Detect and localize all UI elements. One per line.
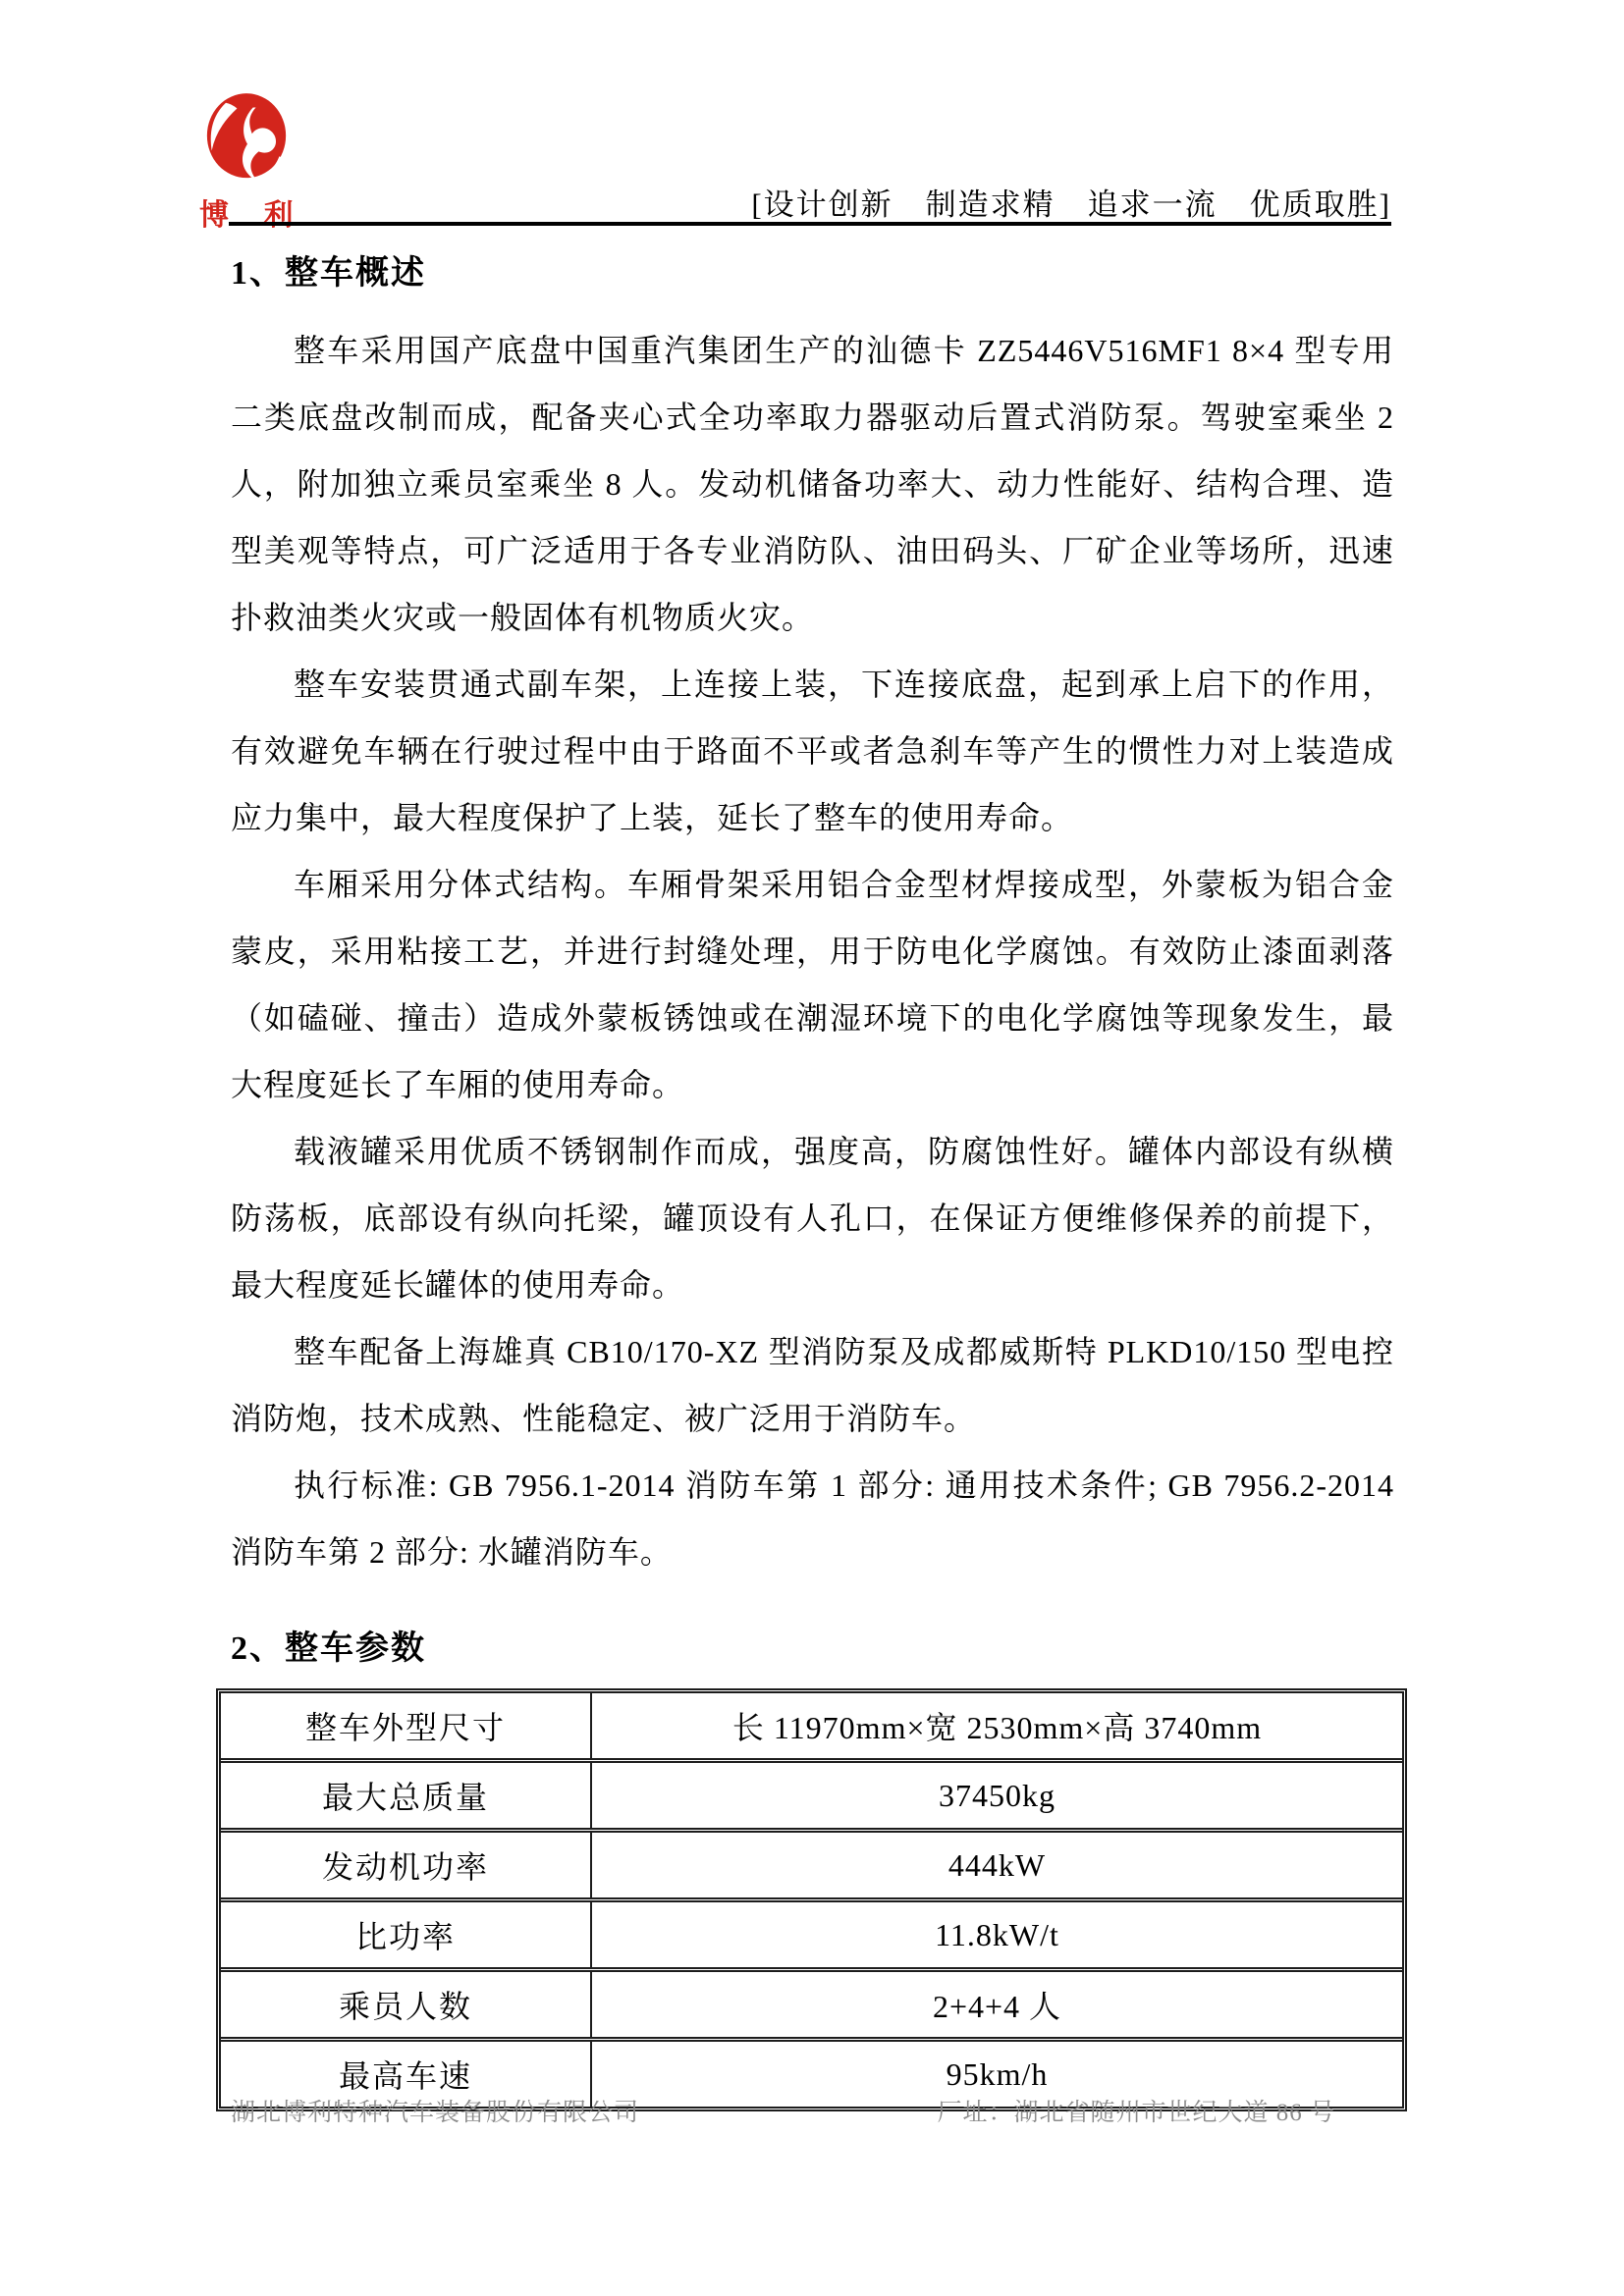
- table-row: 乘员人数 2+4+4 人: [221, 1967, 1402, 2037]
- company-logo: 博 利: [199, 90, 317, 234]
- header-divider: [229, 222, 1391, 226]
- section-1-heading: 1、整车概述: [231, 245, 1394, 294]
- row-value: 37450kg: [592, 1763, 1402, 1828]
- row-value: 444kW: [592, 1833, 1402, 1897]
- paragraph: 整车安装贯通式副车架，上连接上装，下连接底盘，起到承上启下的作用，有效避免车辆在…: [231, 651, 1394, 851]
- row-label: 乘员人数: [221, 1972, 592, 2037]
- footer-company: 湖北博利特种汽车装备股份有限公司: [231, 2093, 639, 2128]
- boli-logo-icon: [204, 90, 289, 188]
- document-page: 博 利 [设计创新 制造求精 追求一流 优质取胜] 1、整车概述 整车采用国产底…: [0, 0, 1624, 2296]
- paragraph: 载液罐采用优质不锈钢制作而成，强度高，防腐蚀性好。罐体内部设有纵横防荡板，底部设…: [231, 1118, 1394, 1318]
- paragraph: 执行标准: GB 7956.1-2014 消防车第 1 部分: 通用技术条件; …: [231, 1452, 1394, 1585]
- table-row: 比功率 11.8kW/t: [221, 1897, 1402, 1967]
- spec-table: 整车外型尺寸 长 11970mm×宽 2530mm×高 3740mm 最大总质量…: [216, 1688, 1407, 2111]
- row-label: 最大总质量: [221, 1763, 592, 1828]
- row-value: 2+4+4 人: [592, 1972, 1402, 2037]
- table-row: 最大总质量 37450kg: [221, 1758, 1402, 1828]
- document-body: 1、整车概述 整车采用国产底盘中国重汽集团生产的汕德卡 ZZ5446V516MF…: [231, 245, 1394, 2111]
- table-row: 整车外型尺寸 长 11970mm×宽 2530mm×高 3740mm: [221, 1693, 1402, 1758]
- footer-address: 厂址：湖北省随州市世纪大道 86 号: [937, 2093, 1335, 2128]
- row-label: 发动机功率: [221, 1833, 592, 1897]
- paragraph: 整车采用国产底盘中国重汽集团生产的汕德卡 ZZ5446V516MF1 8×4 型…: [231, 317, 1394, 651]
- paragraph: 整车配备上海雄真 CB10/170-XZ 型消防泵及成都威斯特 PLKD10/1…: [231, 1318, 1394, 1452]
- table-row: 发动机功率 444kW: [221, 1828, 1402, 1897]
- section-2-heading: 2、整车参数: [231, 1621, 1394, 1669]
- row-label: 整车外型尺寸: [221, 1693, 592, 1758]
- header-slogan: [设计创新 制造求精 追求一流 优质取胜]: [751, 180, 1391, 224]
- page-footer: 湖北博利特种汽车装备股份有限公司 厂址：湖北省随州市世纪大道 86 号: [231, 2093, 1394, 2128]
- row-value: 长 11970mm×宽 2530mm×高 3740mm: [592, 1693, 1402, 1758]
- logo-text: 博 利: [199, 190, 317, 234]
- row-label: 比功率: [221, 1902, 592, 1967]
- paragraph: 车厢采用分体式结构。车厢骨架采用铝合金型材焊接成型，外蒙板为铝合金蒙皮，采用粘接…: [231, 851, 1394, 1118]
- row-value: 11.8kW/t: [592, 1902, 1402, 1967]
